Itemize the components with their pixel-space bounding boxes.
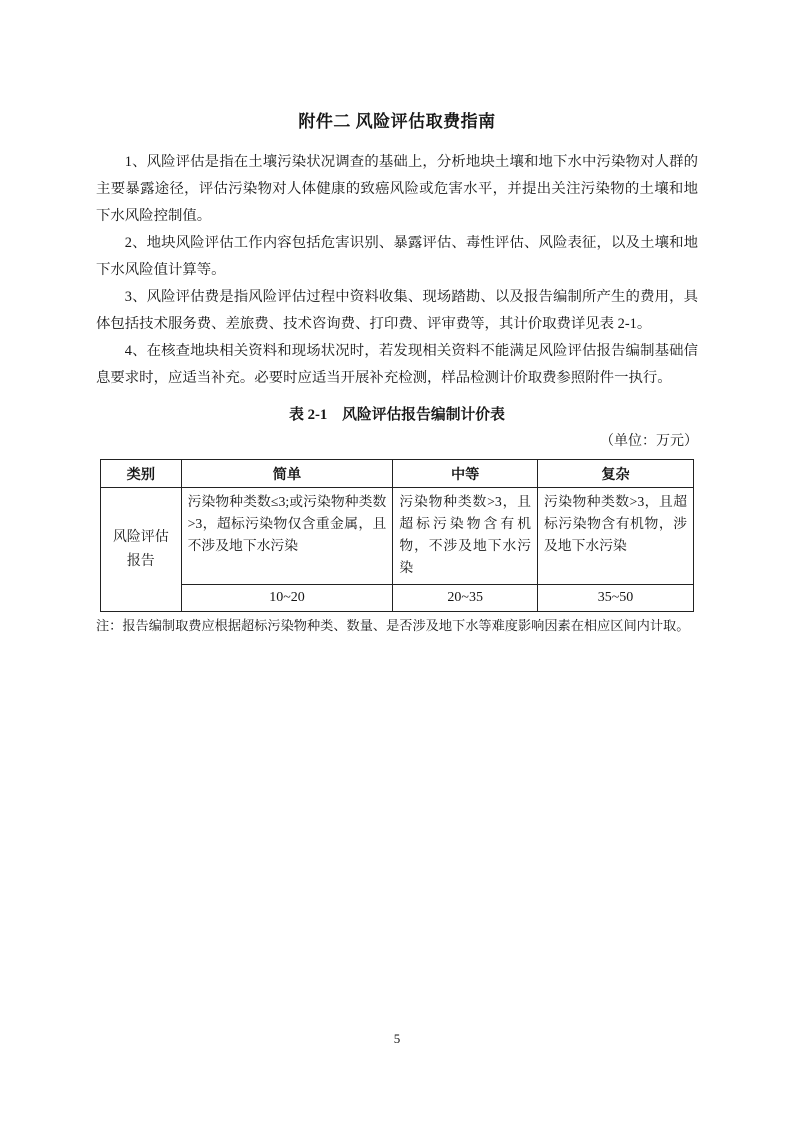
page-number: 5 — [0, 1031, 794, 1047]
fee-cell-medium: 20~35 — [393, 585, 538, 612]
table-header-row: 类别 简单 中等 复杂 — [101, 460, 694, 488]
category-cell: 风险评估报告 — [101, 488, 182, 612]
paragraph-4: 4、在核查地块相关资料和现场状况时，若发现相关资料不能满足风险评估报告编制基础信… — [96, 338, 698, 392]
description-cell-medium: 污染物种类数>3，且超标污染物含有机物，不涉及地下水污染 — [393, 488, 538, 585]
table-description-row: 风险评估报告 污染物种类数≤3;或污染物种类数>3，超标污染物仅含重金属，且不涉… — [101, 488, 694, 585]
description-cell-simple: 污染物种类数≤3;或污染物种类数>3，超标污染物仅含重金属，且不涉及地下水污染 — [181, 488, 393, 585]
header-complex: 复杂 — [538, 460, 694, 488]
table-footnote: 注：报告编制取费应根据超标污染物种类、数量、是否涉及地下水等难度影响因素在相应区… — [96, 616, 698, 636]
fee-table: 类别 简单 中等 复杂 风险评估报告 污染物种类数≤3;或污染物种类数>3，超标… — [100, 459, 694, 612]
table-caption: 表 2-1 风险评估报告编制计价表 — [96, 404, 698, 426]
header-simple: 简单 — [181, 460, 393, 488]
header-category: 类别 — [101, 460, 182, 488]
document-page: 附件二 风险评估取费指南 1、风险评估是指在土壤污染状况调查的基础上，分析地块土… — [0, 0, 794, 1123]
header-medium: 中等 — [393, 460, 538, 488]
fee-cell-complex: 35~50 — [538, 585, 694, 612]
table-unit-note: （单位：万元） — [96, 433, 698, 451]
paragraph-2: 2、地块风险评估工作内容包括危害识别、暴露评估、毒性评估、风险表征，以及土壤和地… — [96, 230, 698, 284]
document-content: 附件二 风险评估取费指南 1、风险评估是指在土壤污染状况调查的基础上，分析地块土… — [96, 108, 698, 636]
fee-cell-simple: 10~20 — [181, 585, 393, 612]
page-title: 附件二 风险评估取费指南 — [96, 108, 698, 135]
paragraph-1: 1、风险评估是指在土壤污染状况调查的基础上，分析地块土壤和地下水中污染物对人群的… — [96, 149, 698, 230]
description-cell-complex: 污染物种类数>3，且超标污染物含有机物，涉及地下水污染 — [538, 488, 694, 585]
paragraph-3: 3、风险评估费是指风险评估过程中资料收集、现场踏勘、以及报告编制所产生的费用，具… — [96, 284, 698, 338]
table-fee-row: 10~20 20~35 35~50 — [101, 585, 694, 612]
